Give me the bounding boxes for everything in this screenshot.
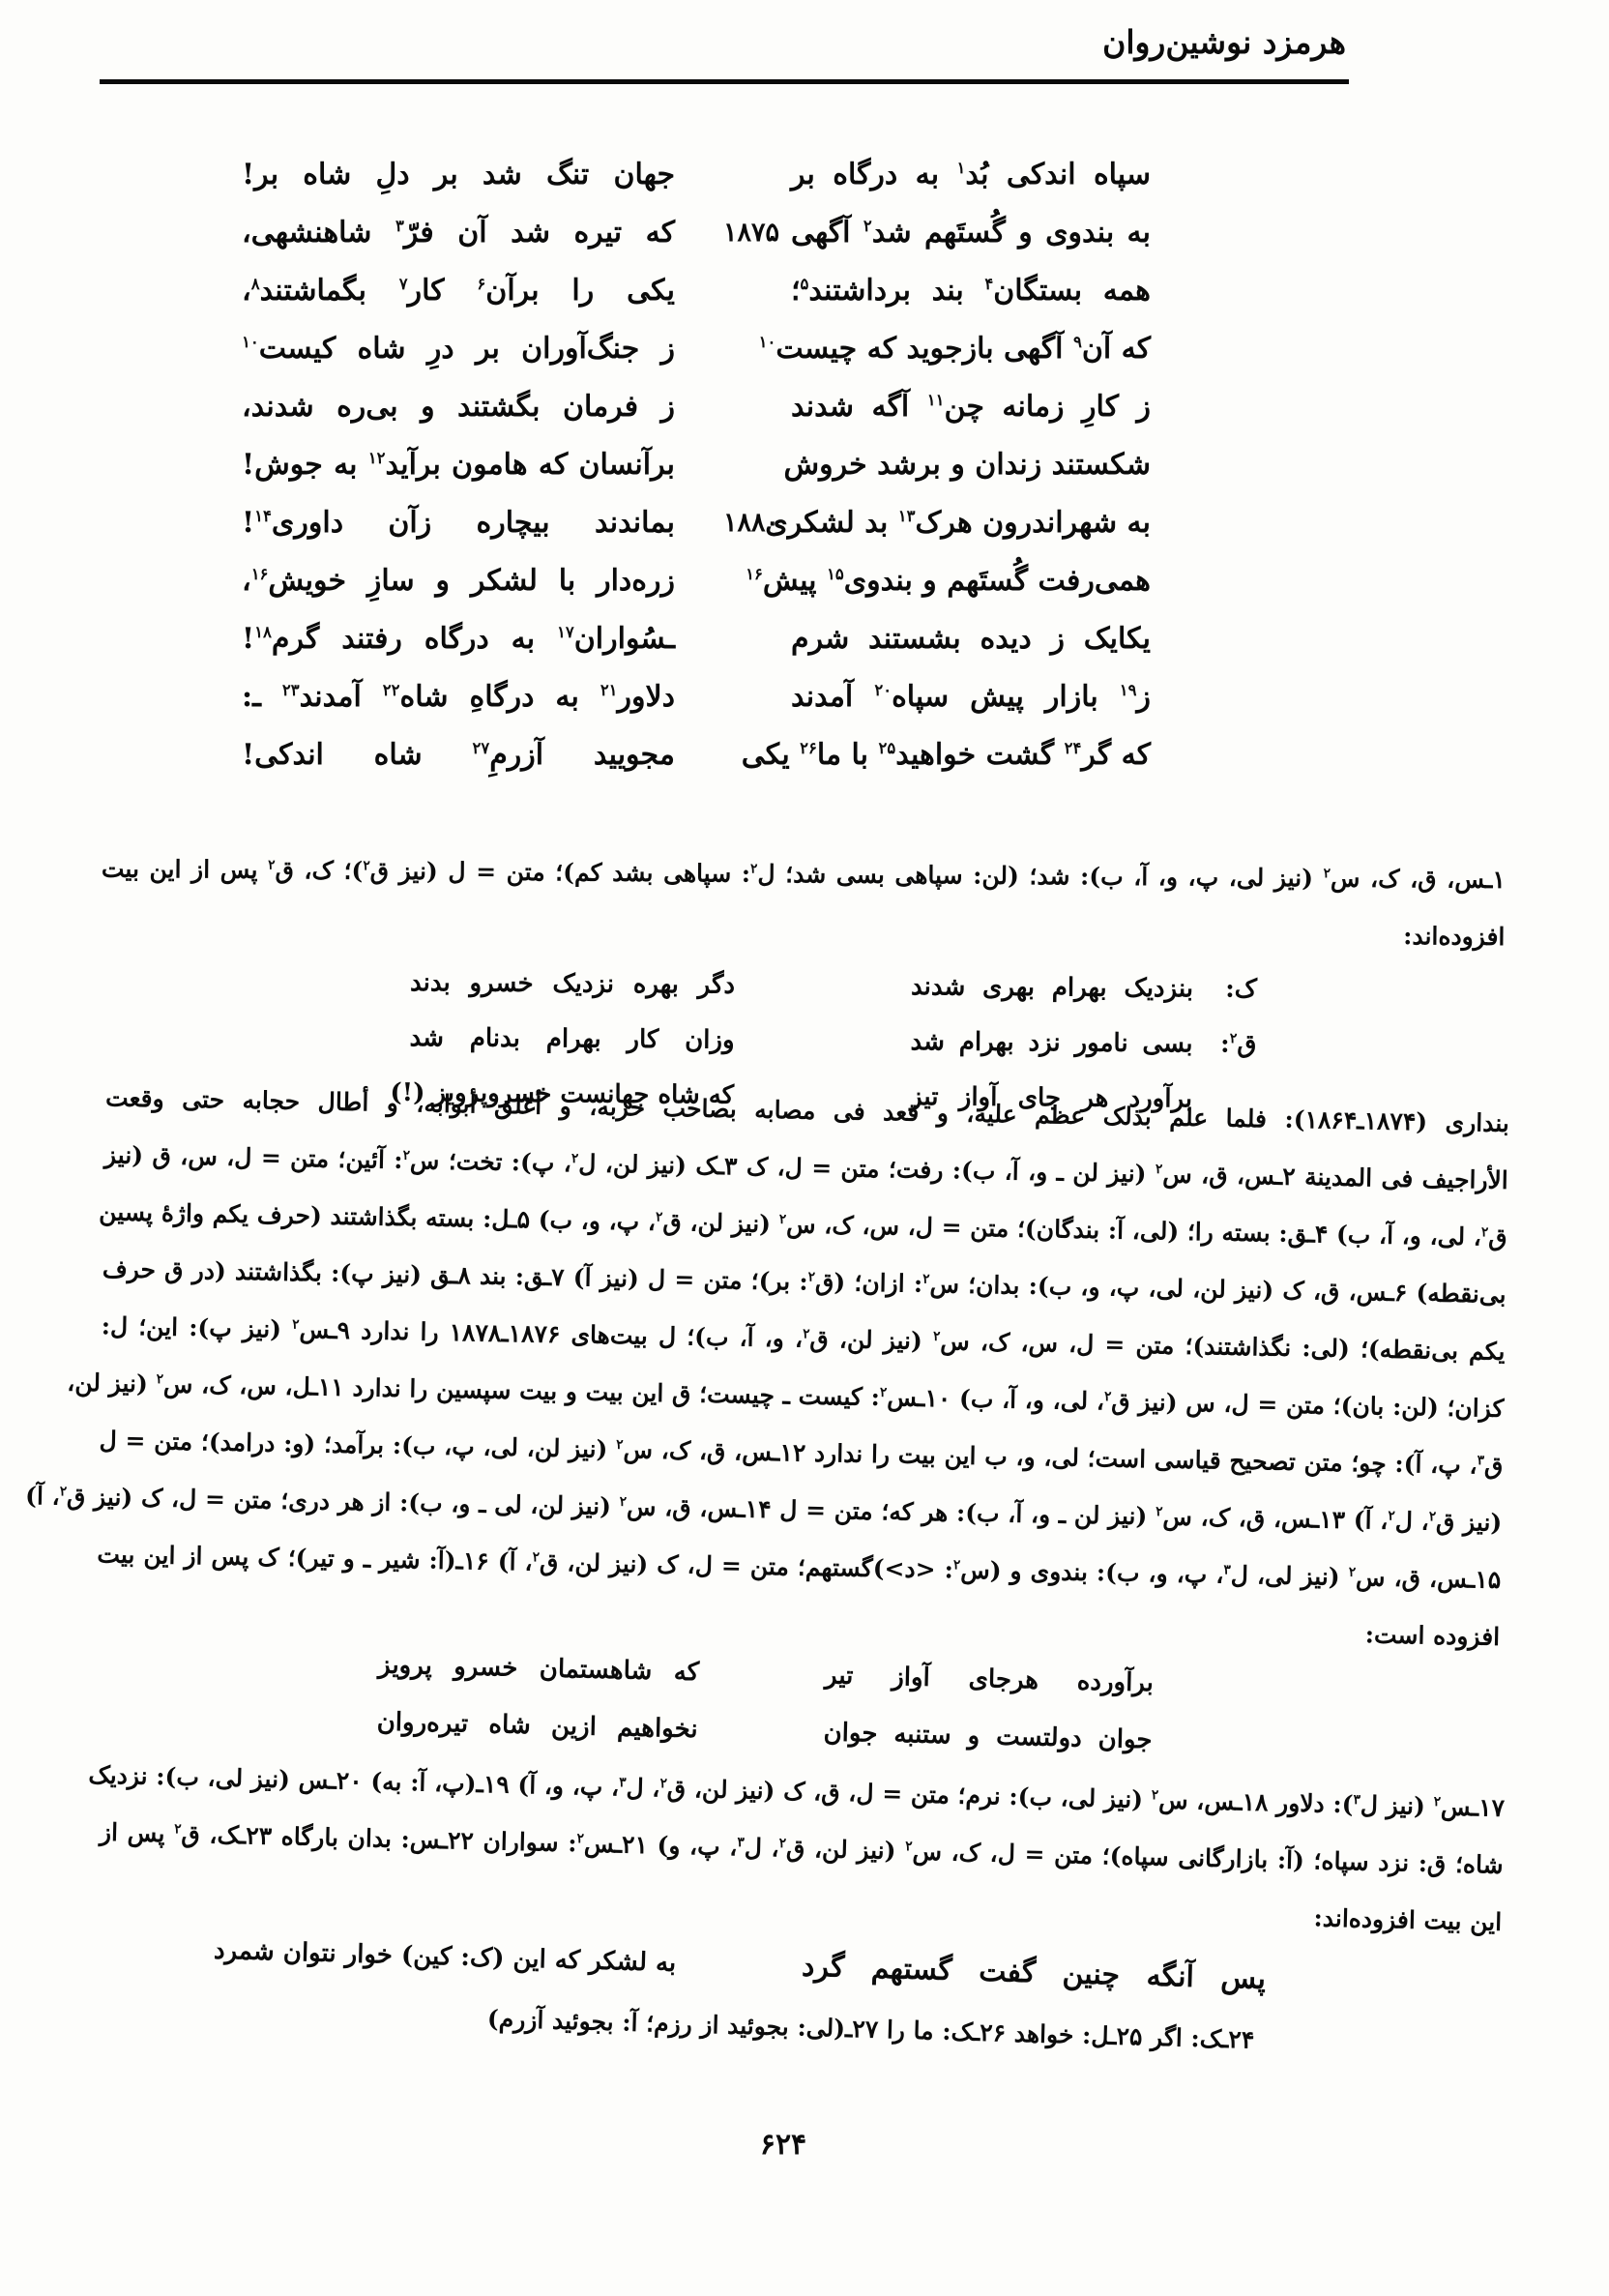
verse-number — [719, 263, 783, 321]
inset-hemistich-left: دگر بهره نزدیک خسرو بدند — [410, 957, 735, 1013]
verse-number — [719, 437, 783, 495]
inset-hemistich-left: به لشکر که این (ک: کین) خوار نتوان شمرد — [287, 1925, 677, 1991]
hemistich-right: ز۱۹ بازار پیش سپاه۲۰ آمدند — [791, 669, 1151, 727]
inset-hemistich-right: جوان دولتست و ستنبه جوان — [823, 1706, 1153, 1767]
verse-row: که گر۲۴ گشت خواهید۲۵ با ما۲۶ یکیمجویید آ… — [242, 727, 1151, 785]
apparatus-notes-paragraph: بنداری (۱۸۷۴ـ۱۸۶۴): فلما علم بذلک عظم عل… — [97, 1069, 1509, 1608]
verse-number — [719, 727, 783, 785]
hemistich-right: یکایک ز دیده بشستند شرم — [791, 611, 1151, 669]
inset-hemistich-right: بسی نامور نزد بهرام شد — [910, 1016, 1192, 1071]
hemistich-right: سپاه اندکی بُد۱ به درگاه بر — [791, 147, 1151, 205]
verse-number — [719, 611, 783, 669]
hemistich-right: شکستند زندان و برشد خروش — [791, 437, 1151, 495]
hemistich-left: ز فرمان بگشتند و بی‌ره شدند، — [242, 379, 675, 437]
verse-row: یکایک ز دیده بشستند شرمـسُواران۱۷ به درگ… — [242, 611, 1151, 669]
verse-number — [719, 669, 783, 727]
verse-row: به بندوی و گُستَهم شد۲ آگهی۱۸۷۵که تیره ش… — [242, 205, 1151, 263]
verse-number — [719, 379, 783, 437]
hemistich-left: که تیره شد آن فرّ۳ شاهنشهی، — [242, 205, 675, 263]
hemistich-right: به بندوی و گُستَهم شد۲ آگهی — [791, 205, 1151, 263]
hemistich-left: جهان تنگ شد بر دلِ شاه بر! — [242, 147, 675, 205]
hemistich-left: زره‌دار با لشکر و سازِ خویش۱۶، — [242, 553, 675, 611]
verse-number — [719, 147, 783, 205]
hemistich-right: همه بستگان۴ بند برداشتند۵؛ — [791, 263, 1151, 321]
inset-hemistich-left: که شاهستمان خسرو پرویز — [378, 1639, 700, 1700]
verse-row: که آن۹ آگهی بازجوید که چیست۱۰ز جنگ‌آوران… — [242, 321, 1151, 379]
chapter-header-title: هرمزد نوشین‌روان — [1102, 23, 1346, 61]
inset-hemistich-left: نخواهیم ازین شاه تیره‌روان — [376, 1696, 698, 1757]
apparatus-notes-17-23: ۱۷ـس۲ (نیز ل۳): دلاور ۱۸ـس، س۲ (نیز لی، … — [98, 1747, 1506, 1951]
inset-hemistich-right: پس آنگه چنین گفت گستهم گرد — [801, 1939, 1266, 2008]
hemistich-left: ـسُواران۱۷ به درگاه رفتند گرم۱۸! — [242, 611, 675, 669]
hemistich-left: یکی را برآن۶ کار۷ بگماشتند۸، — [242, 263, 675, 321]
apparatus-section-3: برآورده هرجای آواز تیرکه شاهستمان خسرو پ… — [98, 1633, 1508, 1951]
verse-row: ز۱۹ بازار پیش سپاه۲۰ آمدنددلاور۲۱ به درگ… — [242, 669, 1151, 727]
verse-row: همه بستگان۴ بند برداشتند۵؛یکی را برآن۶ ک… — [242, 263, 1151, 321]
hemistich-right: ز کارِ زمانه چن۱۱ آگه شدند — [791, 379, 1151, 437]
apparatus-line: ۱ـس، ق، ک، س۲ (نیز لی، پ، و، آ، ب): شد؛ … — [102, 840, 1506, 908]
hemistich-left: بماندند بیچاره زآن داوری۱۴! — [242, 495, 675, 553]
inset-hemistich-right: برآورده هرجای آواز تیر — [824, 1649, 1154, 1710]
verse-number: ۱۸۷۵ — [719, 205, 783, 263]
inset-siglum — [1194, 1073, 1256, 1074]
verse-row: شکستند زندان و برشد خروشبرآنسان که هامون… — [242, 437, 1151, 495]
apparatus-section-2: بنداری (۱۸۷۴ـ۱۸۶۴): فلما علم بذلک عظم عل… — [96, 1069, 1510, 1665]
verse-number: ۱۸۸۰ — [719, 495, 783, 553]
page-number: ۶۲۴ — [0, 2128, 1566, 2162]
verse-block: سپاه اندکی بُد۱ به درگاه برجهان تنگ شد ب… — [242, 147, 1151, 785]
verse-row: ز کارِ زمانه چن۱۱ آگه شدندز فرمان بگشتند… — [242, 379, 1151, 437]
verse-row: به شهراندرون هرک۱۳ بد لشکری۱۸۸۰بماندند ب… — [242, 495, 1151, 553]
verse-row: همی‌رفت گُستَهم و بندوی۱۵ پیش۱۶زره‌دار ب… — [242, 553, 1151, 611]
hemistich-right: همی‌رفت گُستَهم و بندوی۱۵ پیش۱۶ — [791, 553, 1151, 611]
hemistich-left: ز جنگ‌آوران بر درِ شاه کیست۱۰ — [242, 321, 675, 379]
hemistich-right: که آن۹ آگهی بازجوید که چیست۱۰ — [791, 321, 1151, 379]
hemistich-left: برآنسان که هامون برآید۱۲ به جوش! — [242, 437, 675, 495]
verse-number — [719, 321, 783, 379]
verse-row: سپاه اندکی بُد۱ به درگاه برجهان تنگ شد ب… — [242, 147, 1151, 205]
hemistich-right: که گر۲۴ گشت خواهید۲۵ با ما۲۶ یکی — [791, 727, 1151, 785]
hemistich-left: مجویید آزرمِ۲۷ شاه اندکی! — [242, 727, 675, 785]
inset-siglum: ق۲: — [1194, 1017, 1256, 1072]
inset-siglum: ک: — [1195, 962, 1257, 1016]
hemistich-left: دلاور۲۱ به درگاهِ شاه۲۲ آمدند۲۳ ـ: — [242, 669, 675, 727]
inset-hemistich-left: وزان کار بهرام بدنام شد — [409, 1012, 734, 1068]
verse-number — [719, 553, 783, 611]
scanned-book-page: هرمزد نوشین‌روان سپاه اندکی بُد۱ به درگا… — [0, 0, 1609, 2296]
header-rule — [100, 79, 1349, 84]
inset-hemistich-right: بنزدیک بهرام بهری شدند — [911, 960, 1193, 1016]
hemistich-right: به شهراندرون هرک۱۳ بد لشکری — [791, 495, 1151, 553]
